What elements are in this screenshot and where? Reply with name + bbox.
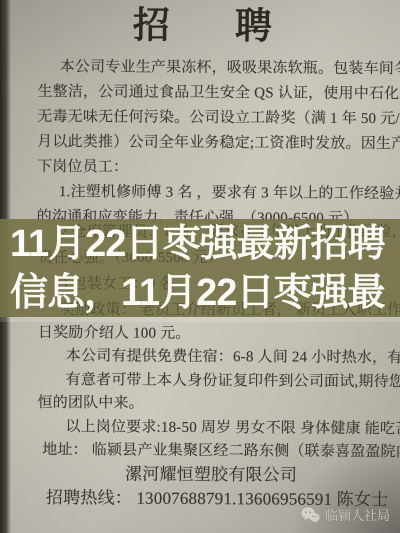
intro-line: 无毒无味无任何污染。公司设立工龄奖（满 1 年 50 元/月，2 年 100/ (37, 105, 385, 132)
recruitment-notice-photo: 招 聘 本公司专业生产果冻杯，吸吸果冻软瓶。包装车间冬暖夏凉，卫 生整洁，公司通… (0, 0, 400, 533)
housing-line: 本公司有提供免费住宿：6-8 人间 24 小时热水，有空调。 (38, 345, 386, 371)
notice-lower-text: 日奖励介绍人 100 元。 本公司有提供免费住宿：6-8 人间 24 小时热水，… (37, 322, 386, 511)
requirements-line: 以上岗位要求:18-50 周岁 男女不限 身体健康 能吃苦耐劳 (37, 416, 385, 442)
caption-banner-line2: 信息，11月22日枣强最 (0, 268, 400, 317)
intro-line: 本公司专业生产果冻杯，吸吸果冻软瓶。包装车间冬暖夏凉，卫 (38, 55, 386, 82)
invite-line: 恒的团队中来。 (37, 392, 385, 418)
watermark: 临颍人社局 (301, 505, 390, 524)
wechat-icon (301, 507, 320, 523)
intro-line: 月以此类推）公司全年业务稳定;工资准时发放。因生产需要招聘以 (37, 130, 385, 157)
title-char-pin: 聘 (235, 7, 273, 47)
caption-banner-line1: 11月22日枣强最新招聘 (0, 219, 400, 268)
intro-line: 下岗位员工： (37, 155, 385, 182)
notice-title: 招 聘 (38, 6, 368, 48)
invite-line: 有意者可带上本人身份证复印件到公司面试,期待您加入我们耀 (38, 369, 386, 395)
notice-upper-text: 招 聘 本公司专业生产果冻杯，吸吸果冻软瓶。包装车间冬暖夏凉，卫 生整洁，公司通… (37, 4, 386, 232)
watermark-label: 临颍人社局 (325, 505, 390, 524)
title-char-zhao: 招 (133, 7, 171, 47)
reward-continuation-line: 日奖励介绍人 100 元。 (38, 322, 386, 348)
job1-line: 1.注塑机修师傅 3 名 ，要求有 3 年以上的工作经验并具有一定 (37, 180, 385, 207)
intro-line: 生整洁，公司通过食品卫生安全 QS 认证，使用中石化纯原料生产， (37, 80, 385, 107)
caption-banner-overlay: 2.仓库管理员：1 名， 要求在 1 年以上的工作经验， 善于沟通， 责任心强。… (0, 219, 400, 317)
address-line: 地址： 临颍县产业集聚区经二路东侧（联泰喜盈盈院内） (37, 439, 385, 465)
company-name: 漯河耀恒塑胶有限公司 (37, 462, 385, 488)
